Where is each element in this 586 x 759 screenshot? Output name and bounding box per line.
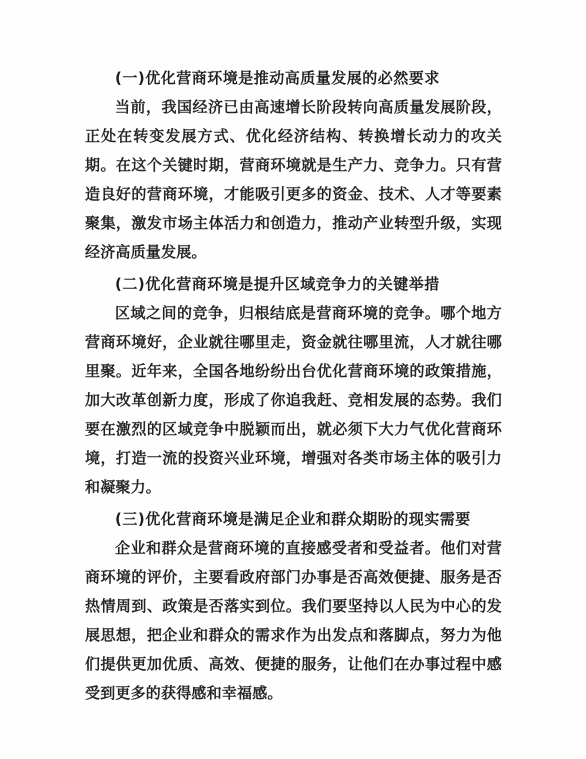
section-3-paragraph: 企业和群众是营商环境的直接感受者和受益者。他们对营商环境的评价，主要看政府部门办… [85, 534, 502, 708]
section-1: (一)优化营商环境是推动高质量发展的必然要求 当前，我国经济已由高速增长阶段转向… [85, 64, 502, 267]
document-content: (一)优化营商环境是推动高质量发展的必然要求 当前，我国经济已由高速增长阶段转向… [85, 64, 502, 709]
section-3: (三)优化营商环境是满足企业和群众期盼的现实需要 企业和群众是营商环境的直接感受… [85, 505, 502, 708]
section-1-heading: (一)优化营商环境是推动高质量发展的必然要求 [85, 64, 502, 93]
section-1-paragraph: 当前，我国经济已由高速增长阶段转向高质量发展阶段，正处在转变发展方式、优化经济结… [85, 93, 502, 267]
section-2: (二)优化营商环境是提升区域竞争力的关键举措 区域之间的竞争，归根结底是营商环境… [85, 270, 502, 502]
section-2-heading: (二)优化营商环境是提升区域竞争力的关键举措 [85, 270, 502, 299]
section-2-paragraph: 区域之间的竞争，归根结底是营商环境的竞争。哪个地方营商环境好，企业就往哪里走，资… [85, 299, 502, 502]
document-page: (一)优化营商环境是推动高质量发展的必然要求 当前，我国经济已由高速增长阶段转向… [0, 0, 586, 759]
section-3-heading: (三)优化营商环境是满足企业和群众期盼的现实需要 [85, 505, 502, 534]
